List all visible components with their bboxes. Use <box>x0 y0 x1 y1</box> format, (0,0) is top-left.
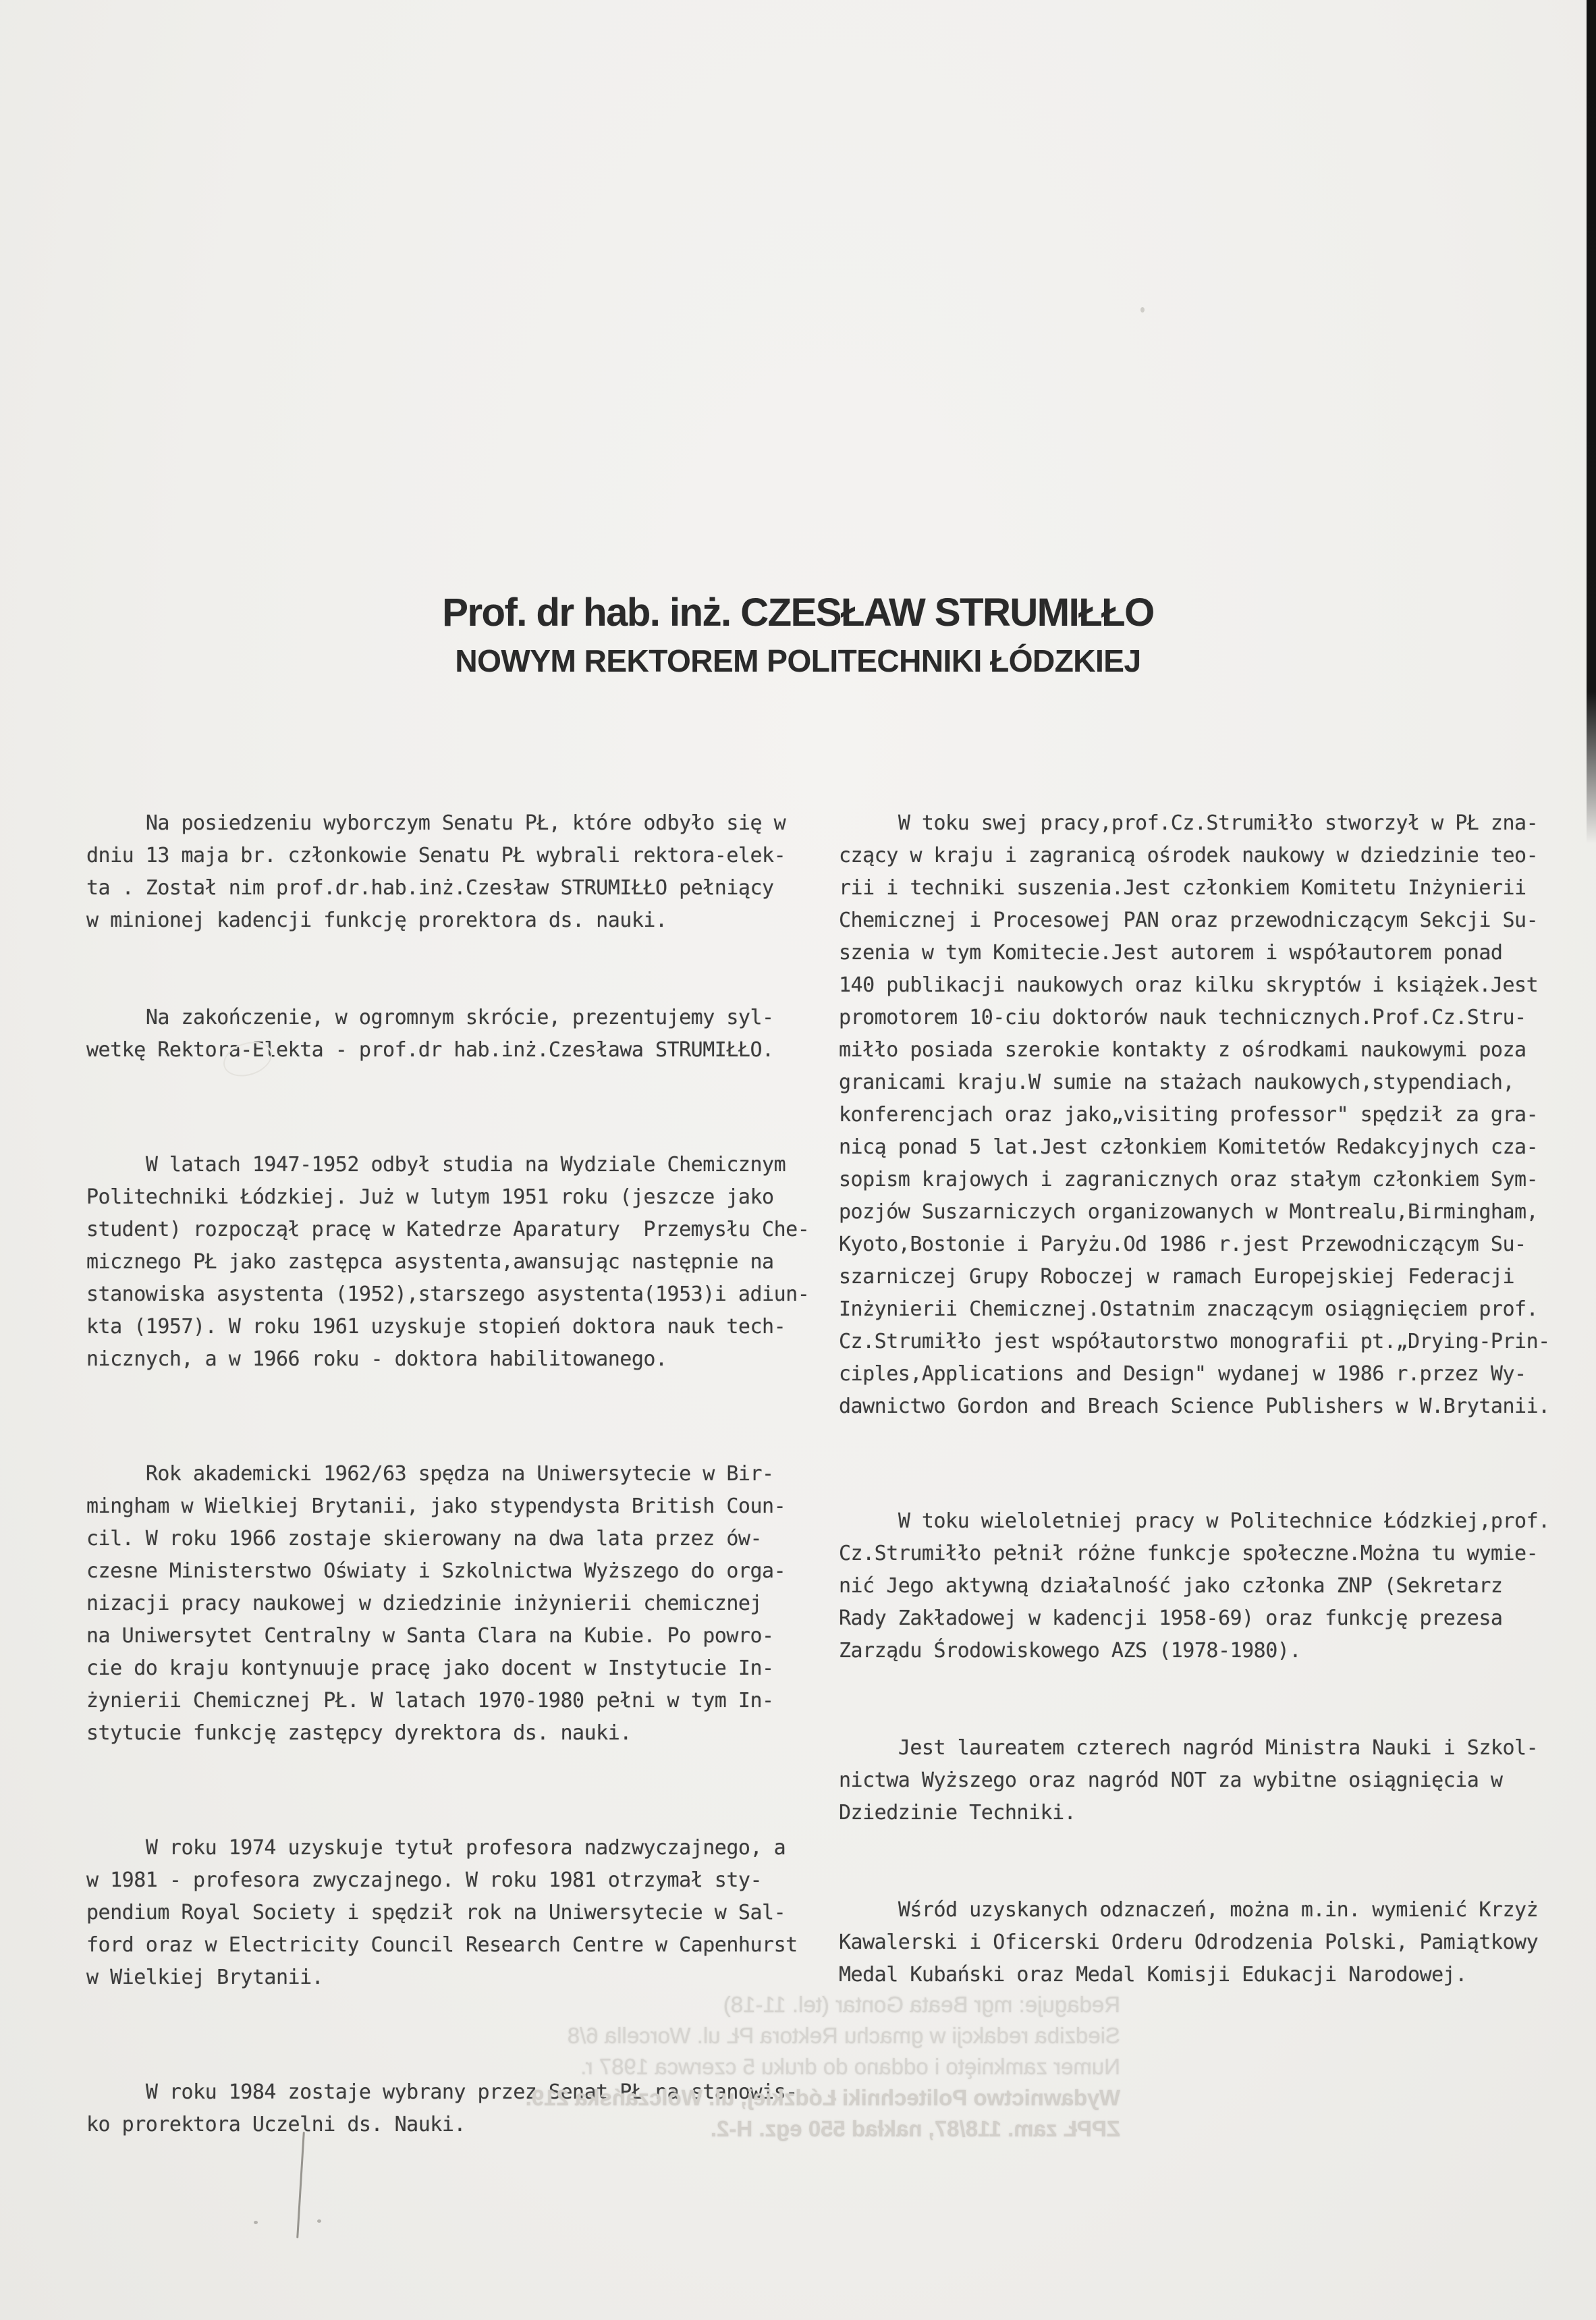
ink-dot <box>317 2219 321 2223</box>
bleed-line: Siedziba redakcji w gmachu Rektora PŁ ul… <box>449 2020 1120 2051</box>
paragraph: Na posiedzeniu wyborczym Senatu PŁ, któr… <box>86 807 822 937</box>
bleed-line: Wydawnictwo Politechniki Łódzkiej, ul. W… <box>449 2082 1120 2113</box>
paragraph: W roku 1974 uzyskuje tytuł profesora nad… <box>86 1832 822 1994</box>
bleed-line: ZPPŁ zam. 118/87, nakład 550 egz. H-2. <box>449 2113 1120 2144</box>
title-line-1: Prof. dr hab. inż. CZESŁAW STRUMIŁŁO <box>0 589 1596 637</box>
paragraph: Rok akademicki 1962/63 spędza na Uniwers… <box>86 1458 822 1750</box>
paragraph: W toku swej pracy,prof.Cz.Strumiłło stwo… <box>839 807 1574 1423</box>
bleedthrough-imprint: Redaguje: mgr Beata Gontar (tel. 11-18) … <box>449 1989 1120 2144</box>
article-title: Prof. dr hab. inż. CZESŁAW STRUMIŁŁO NOW… <box>0 589 1596 680</box>
paragraph: Jest laureatem czterech nagród Ministra … <box>839 1732 1574 1829</box>
paragraph: W latach 1947-1952 odbył studia na Wydzi… <box>86 1149 822 1376</box>
left-column: Na posiedzeniu wyborczym Senatu PŁ, któr… <box>86 743 822 2174</box>
ink-dot <box>254 2221 258 2224</box>
bleed-line: Numer zamknięto i oddano do druku 5 czer… <box>449 2051 1120 2082</box>
title-line-2: NOWYM REKTOREM POLITECHNIKI ŁÓDZKIEJ <box>0 641 1596 680</box>
scan-edge-strip <box>1587 0 1596 844</box>
bleed-line: Redaguje: mgr Beata Gontar (tel. 11-18) <box>449 1989 1120 2020</box>
paragraph: Na zakończenie, w ogromnym skrócie, prez… <box>86 1002 822 1067</box>
paper-speck <box>1140 307 1145 313</box>
right-column: W toku swej pracy,prof.Cz.Strumiłło stwo… <box>839 743 1574 2024</box>
paragraph: Wśród uzyskanych odznaczeń, można m.in. … <box>839 1894 1574 1991</box>
scanned-newsletter-page: { "page": { "paper_color": "#f0efec", "i… <box>0 0 1596 2320</box>
paragraph: W toku wieloletniej pracy w Politechnice… <box>839 1505 1574 1667</box>
